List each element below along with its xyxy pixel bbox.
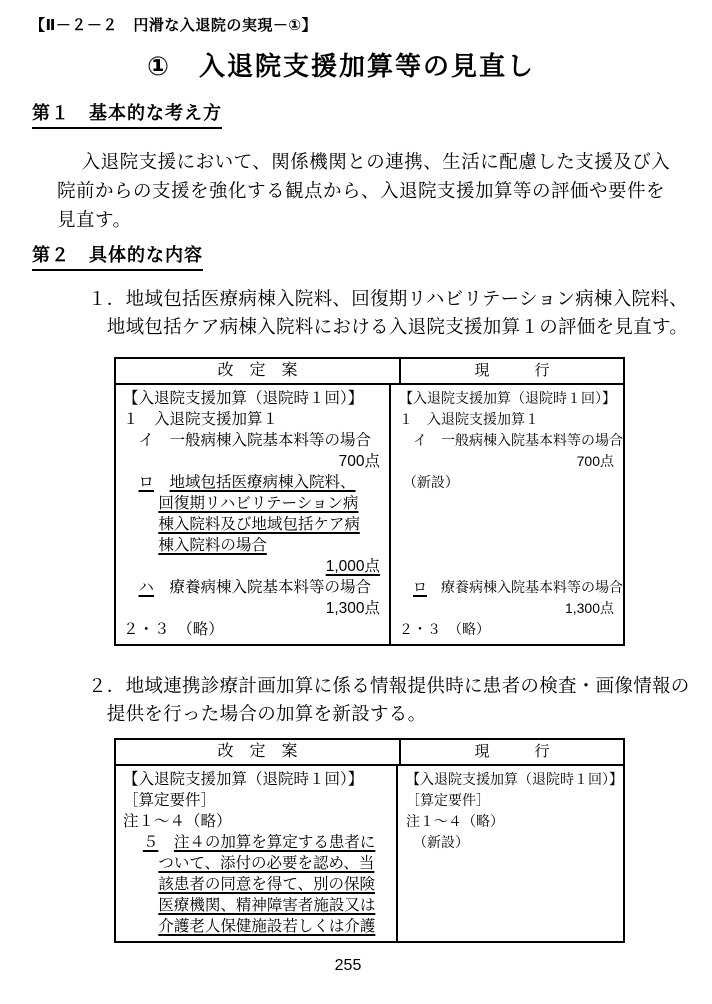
table1-cell-current: 【入退院支援加算（退院時１回）】１ 入退院支援加算１ イ 一般病棟入院基本料等の… [391, 385, 623, 644]
text-line: 【入退院支援加算（退院時１回）】 [123, 769, 396, 790]
text-line: 見直す。 [57, 205, 670, 234]
text-line: ２・３ （略） [123, 619, 389, 640]
text-line: ２．地域連携診療計画加算に係る情報提供時に患者の検査・画像情報の [88, 672, 690, 700]
text-line: ［算定要件］ [406, 790, 623, 811]
text-line: 注１～４（略） [123, 811, 396, 832]
text-line: イ 一般病棟入院基本料等の場合 [399, 430, 623, 451]
text-line: 棟入院料の場合 [123, 535, 389, 556]
text-line: 院前からの支援を強化する観点から、入退院支援加算等の評価や要件を [57, 176, 670, 205]
text-line: 【入退院支援加算（退院時１回）】 [399, 388, 623, 409]
text-line: 1,300点 [399, 598, 623, 619]
table2-header-current: 現 行 [401, 740, 623, 764]
table1-header-current: 現 行 [401, 359, 623, 383]
text-line: 棟入院料及び地域包括ケア病 [123, 514, 389, 535]
text-line: （新設） [399, 472, 623, 493]
text-line: ハ 療養病棟入院基本料等の場合 [123, 577, 389, 598]
text-line: 地域包括ケア病棟入院料における入退院支援加算１の評価を見直す。 [88, 313, 688, 341]
text-line [399, 556, 623, 577]
text-line [399, 535, 623, 556]
table2-header-row: 改 定 案 現 行 [116, 740, 623, 766]
text-line [399, 514, 623, 535]
text-line: （新設） [406, 832, 623, 853]
text-line: 【入退院支援加算（退院時１回）】 [406, 769, 623, 790]
text-line [399, 493, 623, 514]
text-line: １ 入退院支援加算１ [123, 409, 389, 430]
text-line: １ 入退院支援加算１ [399, 409, 623, 430]
section2-heading: 第２ 具体的な内容 [32, 241, 203, 271]
section1-heading: 第１ 基本的な考え方 [32, 99, 222, 129]
text-line: 1,000点 [123, 556, 389, 577]
table2-body-row: 【入退院支援加算（退院時１回）】［算定要件］注１～４（略） ５ 注４の加算を算定… [116, 766, 623, 941]
text-line: ５ 注４の加算を算定する患者に [123, 832, 396, 853]
text-line: ［算定要件］ [123, 790, 396, 811]
text-line: ロ 地域包括医療病棟入院料、 [123, 472, 389, 493]
page-number: 255 [0, 957, 712, 975]
table1-cell-revised: 【入退院支援加算（退院時１回）】１ 入退院支援加算１ イ 一般病棟入院基本料等の… [116, 385, 391, 644]
text-line: 提供を行った場合の加算を新設する。 [88, 700, 690, 728]
text-line: 介護老人保健施設若しくは介護 [123, 916, 396, 937]
text-line: 1,300点 [123, 598, 389, 619]
text-line: 注１～４（略） [406, 811, 623, 832]
table2-cell-revised: 【入退院支援加算（退院時１回）】［算定要件］注１～４（略） ５ 注４の加算を算定… [116, 766, 398, 941]
section-reference-tag: 【Ⅱ－２－２ 円滑な入退院の実現－①】 [30, 14, 317, 35]
text-line: ついて、添付の必要を認め、当 [123, 853, 396, 874]
item1-text: １．地域包括医療病棟入院料、回復期リハビリテーション病棟入院料、 地域包括ケア病… [88, 285, 688, 341]
text-line: 該患者の同意を得て、別の保険 [123, 874, 396, 895]
document-page: 【Ⅱ－２－２ 円滑な入退院の実現－①】 ① 入退院支援加算等の見直し 第１ 基本… [0, 0, 712, 1004]
item2-text: ２．地域連携診療計画加算に係る情報提供時に患者の検査・画像情報の 提供を行った場… [88, 672, 690, 728]
text-line: 医療機関、精神障害者施設又は [123, 895, 396, 916]
text-line: ２・３ （略） [399, 619, 623, 640]
text-line: 入退院支援において、関係機関との連携、生活に配慮した支援及び入 [57, 147, 670, 176]
table1-header-row: 改 定 案 現 行 [116, 359, 623, 385]
text-line: イ 一般病棟入院基本料等の場合 [123, 430, 389, 451]
text-line: 【入退院支援加算（退院時１回）】 [123, 388, 389, 409]
text-line: ロ 療養病棟入院基本料等の場合 [399, 577, 623, 598]
comparison-table-1: 改 定 案 現 行 【入退院支援加算（退院時１回）】１ 入退院支援加算１ イ 一… [114, 357, 625, 646]
table2-cell-current: 【入退院支援加算（退院時１回）】［算定要件］注１～４（略） （新設） [398, 766, 623, 941]
table1-body-row: 【入退院支援加算（退院時１回）】１ 入退院支援加算１ イ 一般病棟入院基本料等の… [116, 385, 623, 644]
table2-header-revised: 改 定 案 [116, 740, 401, 764]
table1-header-revised: 改 定 案 [116, 359, 401, 383]
section1-paragraph: 入退院支援において、関係機関との連携、生活に配慮した支援及び入院前からの支援を強… [57, 147, 670, 234]
text-line: 700点 [399, 451, 623, 472]
text-line: 回復期リハビリテーション病 [123, 493, 389, 514]
page-title: ① 入退院支援加算等の見直し [0, 46, 712, 83]
comparison-table-2: 改 定 案 現 行 【入退院支援加算（退院時１回）】［算定要件］注１～４（略） … [114, 738, 625, 943]
text-line: １．地域包括医療病棟入院料、回復期リハビリテーション病棟入院料、 [88, 285, 688, 313]
text-line: 700点 [123, 451, 389, 472]
